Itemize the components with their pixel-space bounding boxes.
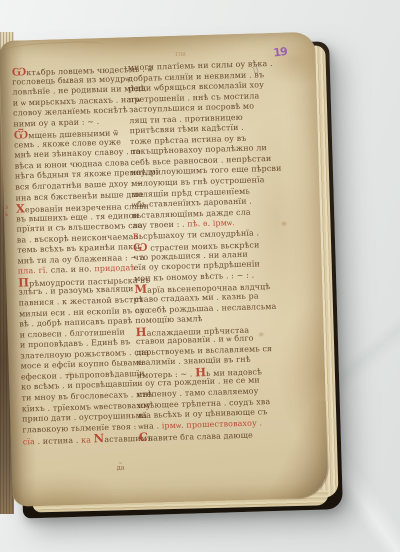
- folio-number-stamp: 19: [273, 45, 288, 59]
- open-book: 19 ʅʃ гла з ь Ѡктѧбрь ловцемъ чюдесѣмь .…: [0, 29, 347, 525]
- ink-text: аоу твоеи : .: [132, 220, 187, 231]
- rubric-text: N: [93, 431, 104, 445]
- rubric-text: придодаѣ: [94, 263, 135, 273]
- rubric-text: сїа: [23, 437, 35, 446]
- text-column-left: Ѡктѧбрь ловцемъ чюдесѣмь . ѿгословець бы…: [12, 63, 137, 446]
- rubric-text: пѣ. ѳ. ірмѡ.: [187, 218, 235, 228]
- manuscript-line: Славите бга слава дающе: [139, 429, 257, 443]
- manuscript-line: сїа . истина . ка Nаставшимъ: [23, 432, 137, 446]
- foxing-spot: [258, 331, 265, 337]
- manuscript-photo: 19 ʅʃ гла з ь Ѡктѧбрь ловцемъ чюдесѣмь .…: [0, 0, 400, 552]
- margin-rubric-note: з ь: [5, 204, 9, 218]
- text-column-right: многи платїемь ни силы оу вѣка .добрать …: [128, 60, 257, 443]
- ink-text: лавите бга слава дающе: [148, 431, 253, 443]
- rubric-text: ка: [81, 436, 94, 445]
- interlinear-mark: гла: [175, 50, 186, 57]
- ink-text: сла. и но.: [51, 265, 95, 275]
- manuscript-page: 19 ʅʃ гла з ь Ѡктѧбрь ловцемъ чюдесѣмь .…: [0, 32, 329, 507]
- foxing-spot: [280, 221, 287, 227]
- quire-signature: ~ да: [116, 461, 124, 470]
- page-corner-curl: [261, 400, 330, 500]
- ink-text: . истина .: [35, 436, 81, 446]
